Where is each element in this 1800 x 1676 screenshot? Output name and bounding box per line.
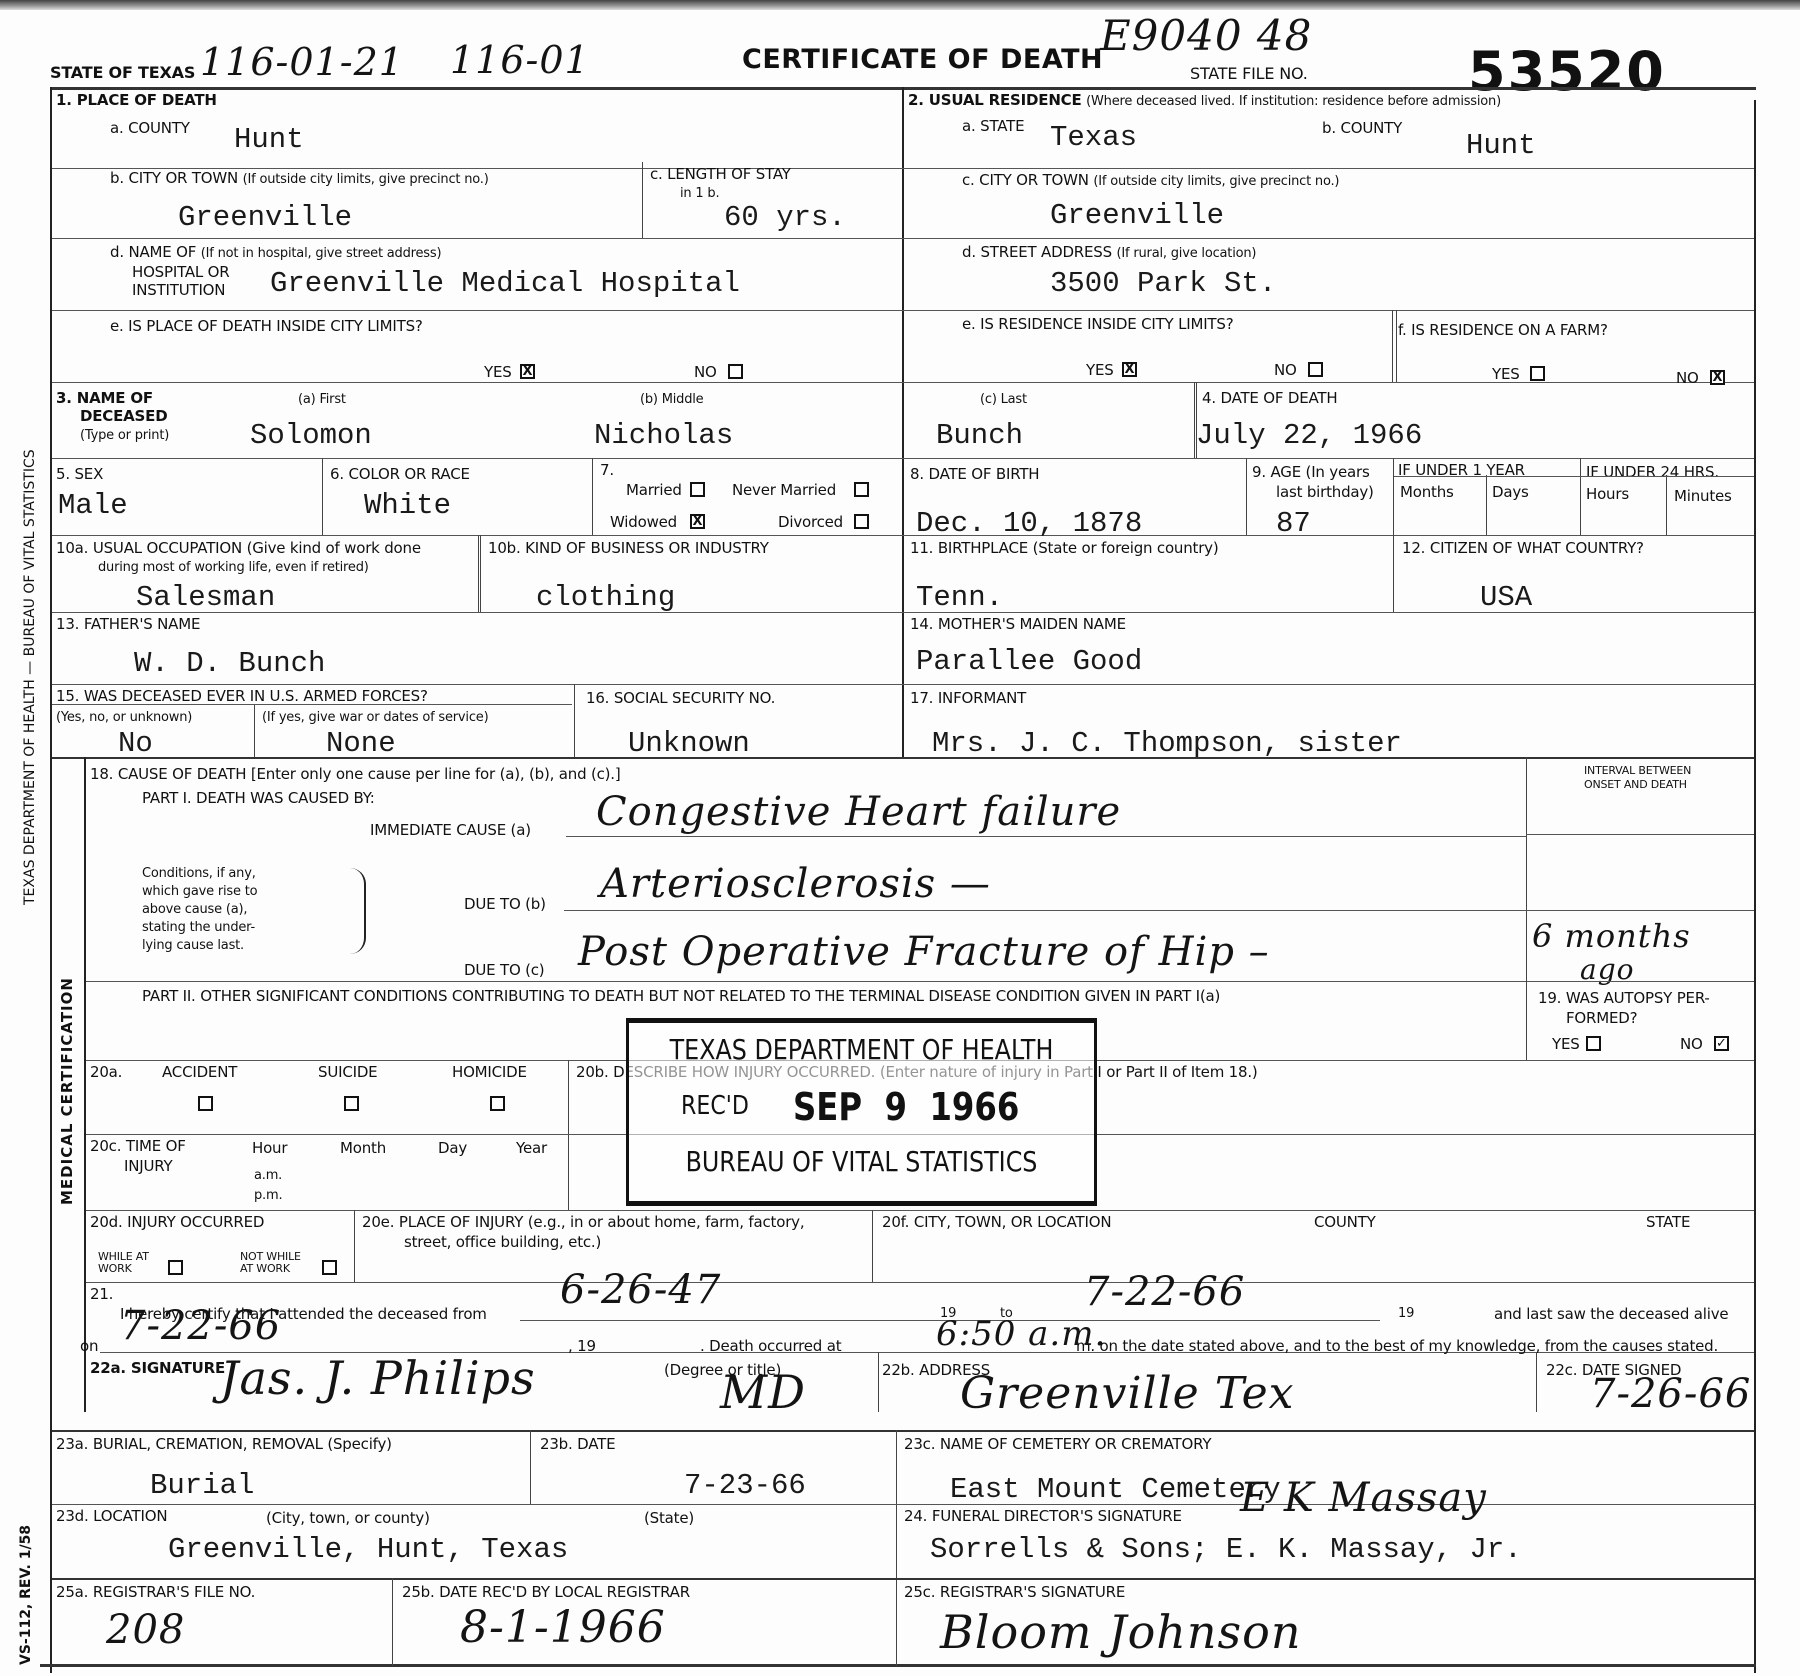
death-inside-limits-label: e. IS PLACE OF DEATH INSIDE CITY LIMITS? (110, 318, 423, 335)
no-label: NO (1274, 362, 1297, 379)
stamp-line-1: TEXAS DEPARTMENT OF HEALTH (664, 1033, 1059, 1066)
death-county: Hunt (234, 124, 304, 156)
armed-hint-1: (Yes, no, or unknown) (56, 710, 192, 725)
state-file-label: STATE FILE NO. (1190, 65, 1308, 82)
autopsy-no-checkbox[interactable]: ✓ (1714, 1036, 1729, 1051)
rule (52, 1578, 1754, 1580)
residence-inside-limits-no-checkbox[interactable] (1308, 362, 1323, 377)
last-name: Bunch (936, 420, 1023, 452)
state-label: STATE OF TEXAS (50, 64, 195, 81)
disposition-label: 23a. BURIAL, CREMATION, REMOVAL (Specify… (56, 1436, 392, 1453)
residence-county: Hunt (1466, 130, 1536, 162)
informant: Mrs. J. C. Thompson, sister (932, 728, 1402, 760)
residence-inside-limits-label: e. IS RESIDENCE INSIDE CITY LIMITS? (962, 316, 1233, 333)
no-label: NO (1676, 370, 1699, 387)
rule (592, 458, 593, 535)
funeral-director: Sorrells & Sons; E. K. Massay, Jr. (930, 1534, 1522, 1566)
registrar-signature: Bloom Johnson (940, 1610, 1301, 1654)
disposition-method: Burial (150, 1470, 254, 1502)
farm-label: f. IS RESIDENCE ON A FARM? (1398, 322, 1608, 339)
rule (1486, 475, 1487, 535)
registrar-file-label: 25a. REGISTRAR'S FILE NO. (56, 1584, 255, 1601)
street-address: 3500 Park St. (1050, 268, 1276, 300)
name-label-3: (Type or print) (80, 428, 169, 443)
industry: clothing (536, 582, 675, 614)
interval-label-1: INTERVAL BETWEEN (1584, 764, 1691, 777)
registrar-date-label: 25b. DATE REC'D BY LOCAL REGISTRAR (402, 1584, 690, 1601)
burial-location: Greenville, Hunt, Texas (168, 1534, 568, 1566)
autopsy-sublabel: FORMED? (1566, 1010, 1637, 1027)
injury-county-label: COUNTY (1314, 1214, 1376, 1231)
immediate-cause: Congestive Heart failure (596, 790, 1121, 834)
rule (52, 1430, 1754, 1432)
rule (52, 535, 1754, 536)
race: White (364, 490, 451, 522)
registrar-signature-label: 25c. REGISTRAR'S SIGNATURE (904, 1584, 1125, 1601)
last-saw-date: 7-22-66 (120, 1304, 281, 1348)
divorced-label: Divorced (778, 514, 843, 531)
rule (86, 1282, 1754, 1283)
rule (1526, 834, 1754, 835)
days-label: Days (1492, 484, 1529, 501)
due-to-b: Arteriosclerosis — (600, 862, 991, 906)
rule (878, 1352, 879, 1412)
stamp-date: SEP 9 1966 (793, 1085, 1019, 1129)
conditions-note-3: above cause (a), (142, 902, 247, 917)
age-label: 9. AGE (In years (1252, 464, 1370, 481)
industry-label: 10b. KIND OF BUSINESS OR INDUSTRY (488, 540, 769, 557)
father-label: 13. FATHER'S NAME (56, 616, 200, 633)
no-label: NO (694, 364, 717, 381)
armed-hint-2: (If yes, give war or dates of service) (262, 710, 488, 725)
street-label: d. STREET ADDRESS (If rural, give locati… (962, 244, 1256, 261)
residence-city-label: c. CITY OR TOWN (If outside city limits,… (962, 172, 1339, 189)
ssn-label: 16. SOCIAL SECURITY NO. (586, 690, 775, 707)
injury-occurred-label: 20d. INJURY OCCURRED (90, 1214, 264, 1231)
place-of-injury-label: 20e. PLACE OF INJURY (e.g., in or about … (362, 1214, 804, 1231)
time-of-injury-label: 20c. TIME OF (90, 1138, 186, 1155)
location-hint-1: (City, town, or county) (266, 1510, 430, 1527)
yes-label: YES (484, 364, 512, 381)
residence-city: Greenville (1050, 200, 1224, 232)
hours-label: Hours (1586, 486, 1629, 503)
frame-bottom (40, 1664, 1756, 1667)
armed-service: None (326, 728, 396, 760)
physician-degree: MD (720, 1370, 806, 1414)
hospital-label: d. NAME OF (If not in hospital, give str… (110, 244, 441, 261)
frame-right (1754, 100, 1756, 1673)
rule (52, 458, 1754, 459)
hospital-name: Greenville Medical Hospital (270, 268, 740, 300)
under-day-label: IF UNDER 24 HRS. (1586, 464, 1719, 481)
autopsy-yes-checkbox[interactable] (1586, 1036, 1601, 1051)
married-label: Married (626, 482, 682, 499)
yes-label: YES (1552, 1036, 1580, 1053)
not-at-work-label-2: AT WORK (240, 1262, 290, 1275)
at-work-label-2: WORK (98, 1262, 132, 1275)
widowed-checkbox[interactable]: X (690, 514, 705, 529)
minutes-label: Minutes (1674, 488, 1732, 505)
attended-from: 6-26-47 (560, 1268, 721, 1312)
occupation-label: 10a. USUAL OCCUPATION (Give kind of work… (56, 540, 421, 557)
stay-label: c. LENGTH OF STAY (650, 166, 791, 183)
accident-label: ACCIDENT (162, 1064, 237, 1081)
date-of-birth: Dec. 10, 1878 (916, 508, 1142, 540)
physician-address: Greenville Tex (960, 1372, 1294, 1416)
form-id: VS-112, REV. 1/58 (18, 1525, 34, 1665)
signature-label: 22a. SIGNATURE (90, 1360, 225, 1377)
registrar-date: 8-1-1966 (460, 1606, 666, 1650)
cemetery-name: East Mount Cemetery (950, 1474, 1281, 1506)
county-label: a. COUNTY (110, 120, 190, 137)
rule (322, 458, 323, 535)
brace (350, 868, 366, 954)
at-work-checkbox[interactable] (168, 1260, 183, 1275)
rule (52, 684, 1754, 685)
residence-state: Texas (1050, 122, 1137, 154)
autopsy-label: 19. WAS AUTOPSY PER- (1538, 990, 1710, 1007)
rule (254, 705, 255, 757)
rule (642, 162, 643, 238)
rule (52, 310, 1754, 311)
first-name-label: (a) First (298, 392, 346, 407)
no-label: NO (1680, 1036, 1703, 1053)
never-married-checkbox[interactable] (854, 482, 869, 497)
accident-checkbox[interactable] (198, 1096, 213, 1111)
cemetery-label: 23c. NAME OF CEMETERY OR CREMATORY (904, 1436, 1211, 1453)
rule (1580, 458, 1581, 535)
location-label: 23d. LOCATION (56, 1508, 167, 1525)
sex: Male (58, 490, 128, 522)
rule (566, 836, 1526, 837)
stamp-line-3: BUREAU OF VITAL STATISTICS (664, 1145, 1059, 1178)
rule (896, 1430, 897, 1666)
hospital-label-2: HOSPITAL OR (132, 264, 230, 281)
rule (392, 1578, 393, 1666)
citizenship: USA (1480, 582, 1532, 614)
part1-label: PART I. DEATH WAS CAUSED BY: (142, 790, 375, 807)
interval-label-2: ONSET AND DEATH (1584, 778, 1687, 791)
last-name-label: (c) Last (980, 392, 1027, 407)
father-name: W. D. Bunch (134, 648, 325, 680)
yes-label: YES (1086, 362, 1114, 379)
side-label-medical: MEDICAL CERTIFICATION (58, 977, 76, 1205)
rule (86, 981, 1754, 982)
race-label: 6. COLOR OR RACE (330, 466, 470, 483)
marital-label: 7. (600, 462, 614, 479)
middle-name: Nicholas (594, 420, 733, 452)
never-married-label: Never Married (732, 482, 836, 499)
date-of-birth-label: 8. DATE OF BIRTH (910, 466, 1039, 483)
rule (530, 1430, 531, 1504)
suicide-label: SUICIDE (318, 1064, 377, 1081)
rule (564, 910, 1526, 911)
conditions-note-1: Conditions, if any, (142, 866, 256, 881)
birthplace: Tenn. (916, 582, 1003, 614)
rule (52, 704, 572, 705)
age-sublabel: last birthday) (1276, 484, 1374, 501)
rule (52, 1504, 1754, 1505)
disposition-date-label: 23b. DATE (540, 1436, 615, 1453)
rule (574, 684, 575, 757)
rule (1526, 757, 1527, 981)
place-of-injury-label-2: street, office building, etc.) (404, 1234, 601, 1251)
due-to-b-label: DUE TO (b) (464, 896, 546, 913)
rule (1194, 382, 1195, 458)
rule (1394, 476, 1754, 477)
rule (52, 168, 1754, 169)
occupation: Salesman (136, 582, 275, 614)
injury-state-label: STATE (1646, 1214, 1690, 1231)
suicide-checkbox[interactable] (344, 1096, 359, 1111)
day-label: Day (438, 1140, 467, 1157)
name-label-2: DECEASED (80, 408, 167, 425)
yes-label: YES (1492, 366, 1520, 383)
received-stamp: TEXAS DEPARTMENT OF HEALTH REC'D SEP 9 1… (626, 1018, 1097, 1206)
am-label: a.m. (254, 1168, 282, 1183)
death-at-label: . Death occurred at (700, 1338, 841, 1355)
birthplace-label: 11. BIRTHPLACE (State or foreign country… (910, 540, 1219, 557)
occupation-hint: during most of working life, even if ret… (98, 560, 369, 575)
physician-signature: Jas. J. Philips (220, 1356, 536, 1400)
due-to-c-label: DUE TO (c) (464, 962, 544, 979)
social-security-number: Unknown (628, 728, 750, 760)
time-of-injury-label-2: INJURY (124, 1158, 172, 1175)
part2-label: PART II. OTHER SIGNIFICANT CONDITIONS CO… (142, 988, 1220, 1005)
homicide-label: HOMICIDE (452, 1064, 527, 1081)
attended-to: 7-22-66 (1084, 1270, 1245, 1314)
date-of-death-label: 4. DATE OF DEATH (1202, 390, 1337, 407)
rule (1526, 910, 1754, 911)
nineteen-2: 19 (1398, 1306, 1414, 1321)
nineteen-3: , 19 (568, 1338, 596, 1355)
rule (480, 535, 481, 612)
frame-left (50, 87, 52, 1673)
mother-name: Parallee Good (916, 646, 1142, 678)
residence-state-label: a. STATE (962, 118, 1024, 135)
rule (1536, 1352, 1537, 1412)
name-label: 3. NAME OF (56, 390, 153, 407)
rule (52, 757, 1754, 759)
conditions-note-5: lying cause last. (142, 938, 244, 953)
age: 87 (1276, 508, 1311, 540)
handwritten-code-2: 116-01 (450, 38, 590, 82)
not-at-work-checkbox[interactable] (322, 1260, 337, 1275)
death-city: Greenville (178, 202, 352, 234)
date-signed: 7-26-66 (1590, 1372, 1751, 1416)
injury-type-label: 20a. (90, 1064, 122, 1081)
side-label-agency: TEXAS DEPARTMENT OF HEALTH — BUREAU OF V… (22, 449, 38, 905)
stamp-recd-label: REC'D (681, 1091, 749, 1121)
city-label: b. CITY OR TOWN (If outside city limits,… (110, 170, 489, 187)
handwritten-code-1: 116-01-21 (200, 40, 404, 84)
mother-label: 14. MOTHER'S MAIDEN NAME (910, 616, 1126, 633)
document-title: CERTIFICATE OF DEATH (742, 44, 1103, 75)
middle-name-label: (b) Middle (640, 392, 703, 407)
length-of-stay: 60 yrs. (724, 202, 846, 234)
medical-frame (84, 757, 86, 1412)
rule (872, 1210, 873, 1282)
hospital-label-3: INSTITUTION (132, 282, 225, 299)
rule (1666, 475, 1667, 535)
pm-label: p.m. (254, 1188, 282, 1203)
sex-label: 5. SEX (56, 466, 103, 483)
conditions-note-2: which gave rise to (142, 884, 257, 899)
registrar-file-number: 208 (106, 1608, 185, 1652)
rule (354, 1210, 355, 1282)
first-name: Solomon (250, 420, 372, 452)
injury-city-label: 20f. CITY, TOWN, OR LOCATION (882, 1214, 1111, 1231)
residence-county-label: b. COUNTY (1322, 120, 1402, 137)
rule (1246, 458, 1247, 535)
column-divider (902, 87, 904, 757)
rule (1393, 458, 1394, 612)
month-label: Month (340, 1140, 386, 1157)
rule (1526, 981, 1527, 1061)
funeral-director-label: 24. FUNERAL DIRECTOR'S SIGNATURE (904, 1508, 1182, 1525)
death-inside-limits-yes-checkbox[interactable]: X (520, 364, 535, 379)
rule (478, 535, 479, 612)
widowed-label: Widowed (610, 514, 677, 531)
months-label: Months (1400, 484, 1454, 501)
cause-label: 18. CAUSE OF DEATH [Enter only one cause… (90, 766, 621, 783)
hour-label: Hour (252, 1140, 287, 1157)
rule (86, 1210, 1754, 1211)
armed-forces-label: 15. WAS DECEASED EVER IN U.S. ARMED FORC… (56, 688, 428, 705)
farm-no-checkbox[interactable]: X (1710, 370, 1725, 385)
conditions-note-4: stating the under- (142, 920, 255, 935)
married-checkbox[interactable] (690, 482, 705, 497)
citizen-label: 12. CITIZEN OF WHAT COUNTRY? (1402, 540, 1644, 557)
residence-heading: 2. USUAL RESIDENCE (Where deceased lived… (908, 92, 1501, 109)
place-of-death-heading: 1. PLACE OF DEATH (56, 91, 217, 109)
residence-inside-limits-yes-checkbox[interactable]: X (1122, 362, 1137, 377)
date-of-death: July 22, 1966 (1196, 420, 1422, 452)
rule (1396, 310, 1397, 382)
handwritten-code-3: E9040 48 (1100, 14, 1312, 58)
scan-edge (0, 0, 1800, 10)
location-hint-2: (State) (644, 1510, 694, 1527)
immediate-cause-label: IMMEDIATE CAUSE (a) (370, 822, 531, 839)
cert-number: 21. (90, 1286, 113, 1303)
armed-forces: No (118, 728, 153, 760)
last-saw-text: and last saw the deceased alive (1494, 1306, 1728, 1323)
disposition-date: 7-23-66 (684, 1470, 806, 1502)
death-inside-limits-no-checkbox[interactable] (728, 364, 743, 379)
divorced-checkbox[interactable] (854, 514, 869, 529)
year-label: Year (516, 1140, 547, 1157)
informant-label: 17. INFORMANT (910, 690, 1026, 707)
interval-c-2: ago (1580, 948, 1634, 992)
funeral-director-signature: E K Massay (1240, 1476, 1487, 1520)
due-to-c: Post Operative Fracture of Hip – (578, 930, 1270, 974)
on-label: on (80, 1338, 98, 1355)
farm-yes-checkbox[interactable] (1530, 366, 1545, 381)
rule (1392, 310, 1393, 382)
rule (568, 1060, 569, 1210)
homicide-checkbox[interactable] (490, 1096, 505, 1111)
rule (52, 238, 1754, 239)
stay-sublabel: in 1 b. (680, 186, 719, 201)
closing-text: m. on the date stated above, and to the … (1076, 1338, 1718, 1355)
